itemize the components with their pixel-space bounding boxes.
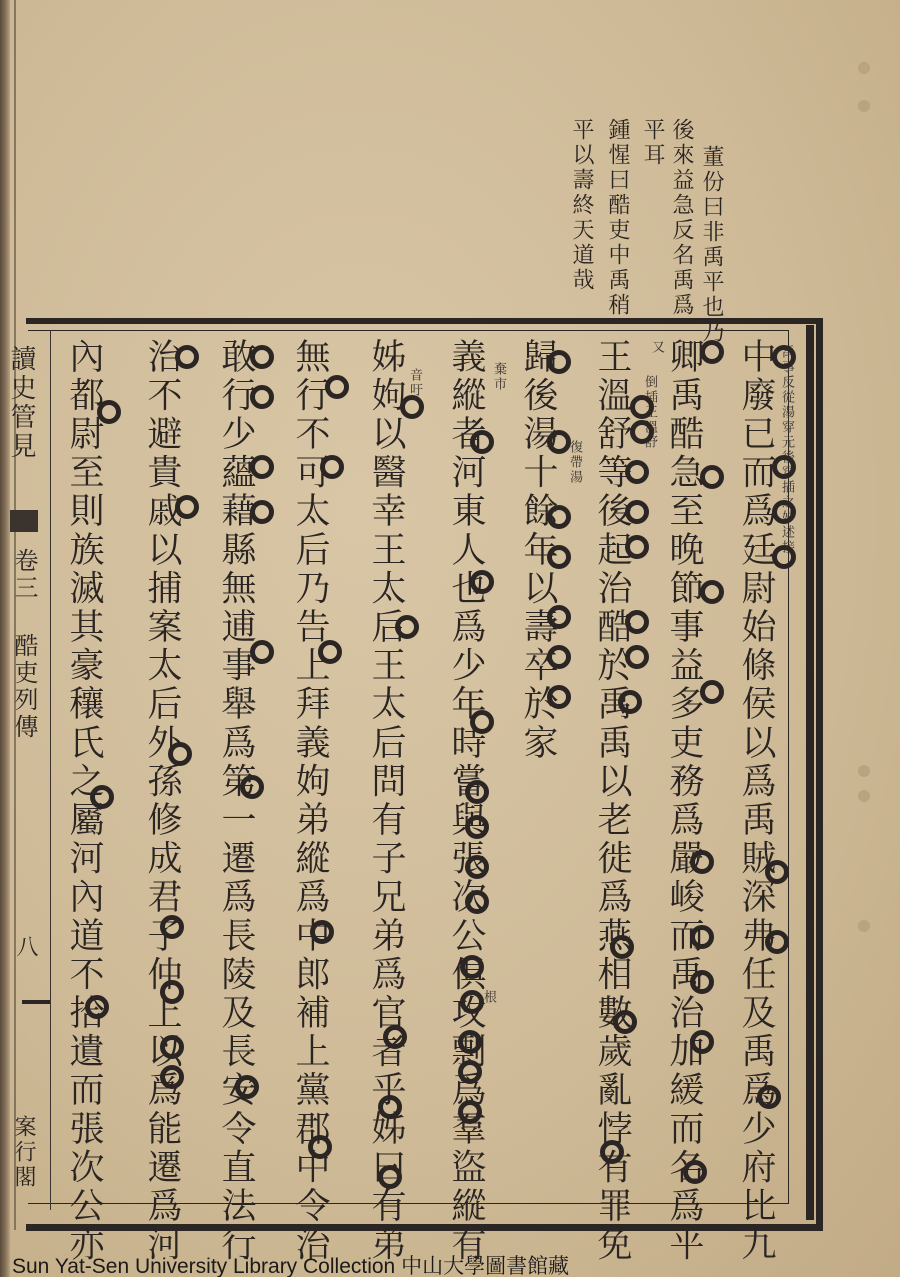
- text-column-9: 治不避貴戚以捕案太后外孫修成君子仲上以爲能遷爲河: [144, 338, 179, 1264]
- circle-mark: [765, 930, 789, 954]
- circle-mark: [772, 500, 796, 524]
- text-column-3: 王溫舒等後起治酷於禹禹以老徙爲燕相數歲亂悖有罪免: [594, 338, 629, 1264]
- circle-mark: [630, 395, 654, 419]
- circle-mark: [175, 495, 199, 519]
- circle-mark: [547, 685, 571, 709]
- circle-mark: [235, 1075, 259, 1099]
- circle-mark: [625, 645, 649, 669]
- circle-mark: [175, 345, 199, 369]
- circle-mark: [630, 420, 654, 444]
- circle-mark: [690, 850, 714, 874]
- circle-mark: [168, 742, 192, 766]
- margin-tick-mark: [22, 1000, 50, 1004]
- circle-mark: [250, 385, 274, 409]
- circle-mark: [772, 545, 796, 569]
- commentary-column: 董份曰非禹平也乃: [700, 145, 722, 345]
- circle-mark: [772, 345, 796, 369]
- frame-right-thick-line: [806, 325, 814, 1220]
- annotation: 音吁: [408, 368, 421, 398]
- circle-mark: [465, 815, 489, 839]
- circle-mark: [690, 1030, 714, 1054]
- circle-mark: [240, 775, 264, 799]
- circle-mark: [613, 1010, 637, 1034]
- circle-mark: [160, 1035, 184, 1059]
- circle-mark: [470, 430, 494, 454]
- book-title: 讀史管見: [8, 345, 34, 461]
- circle-mark: [250, 455, 274, 479]
- circle-mark: [547, 350, 571, 374]
- circle-mark: [458, 1100, 482, 1124]
- annotation: 又: [650, 340, 663, 355]
- circle-mark: [320, 455, 344, 479]
- circle-mark: [97, 400, 121, 424]
- center-margin: [10, 330, 51, 1210]
- circle-mark: [700, 680, 724, 704]
- circle-mark: [683, 1160, 707, 1184]
- circle-mark: [465, 890, 489, 914]
- circle-mark: [325, 375, 349, 399]
- binding-hole: [858, 920, 870, 932]
- circle-mark: [85, 995, 109, 1019]
- chapter-label: 卷三 酷吏列傳: [12, 548, 36, 741]
- circle-mark: [465, 855, 489, 879]
- circle-mark: [625, 535, 649, 559]
- circle-mark: [700, 340, 724, 364]
- circle-mark: [547, 545, 571, 569]
- circle-mark: [547, 645, 571, 669]
- circle-mark: [318, 640, 342, 664]
- circle-mark: [690, 925, 714, 949]
- circle-mark: [308, 1135, 332, 1159]
- circle-mark: [610, 935, 634, 959]
- text-column-8: 敢行少蘊藉縣無逋事舉爲第一遷爲長陵及長安令直法行: [218, 338, 253, 1264]
- circle-mark: [547, 430, 571, 454]
- circle-mark: [250, 640, 274, 664]
- text-column-1: 中廢已而爲廷尉始條侯以爲禹賊深弗任及禹爲少府比九: [738, 338, 773, 1264]
- margin-bottom-label: 案行閣: [12, 1115, 34, 1190]
- circle-mark: [160, 980, 184, 1004]
- circle-mark: [458, 1060, 482, 1084]
- circle-mark: [700, 580, 724, 604]
- circle-mark: [90, 785, 114, 809]
- commentary-column: 後來益急反名禹爲: [670, 118, 692, 318]
- circle-mark: [395, 615, 419, 639]
- circle-mark: [310, 920, 334, 944]
- circle-mark: [458, 1030, 482, 1054]
- circle-mark: [772, 455, 796, 479]
- circle-mark: [470, 710, 494, 734]
- commentary-column: 鍾惺曰酷吏中禹稍: [606, 118, 628, 318]
- circle-mark: [625, 610, 649, 634]
- text-column-6: 姊姁以醫幸王太后王太后問有子兄弟爲官者乎姊曰有弟: [368, 338, 403, 1264]
- binding-hole: [858, 100, 870, 112]
- circle-mark: [400, 395, 424, 419]
- commentary-column: 平以壽終天道哉: [570, 118, 592, 293]
- circle-mark: [547, 505, 571, 529]
- circle-mark: [600, 1140, 624, 1164]
- circle-mark: [700, 465, 724, 489]
- circle-mark: [460, 990, 484, 1014]
- text-column-2: 卿禹酷急至晚節事益多吏務爲嚴峻而禹治加緩而名爲平: [666, 338, 701, 1264]
- commentary-column: 平耳: [641, 118, 663, 168]
- circle-mark: [160, 915, 184, 939]
- circle-mark: [547, 605, 571, 629]
- annotation: 棄市: [492, 362, 505, 392]
- circle-mark: [765, 860, 789, 884]
- circle-mark: [250, 345, 274, 369]
- circle-mark: [625, 500, 649, 524]
- circle-mark: [465, 780, 489, 804]
- circle-mark: [757, 1085, 781, 1109]
- circle-mark: [378, 1095, 402, 1119]
- collection-watermark: Sun Yat-Sen University Library Collectio…: [12, 1250, 569, 1277]
- text-column-7: 無行不可太后乃告上拜義姁弟縱爲中郎補上黨郡中令治: [292, 338, 327, 1264]
- circle-mark: [160, 1065, 184, 1089]
- binding-hole: [858, 765, 870, 777]
- page-number: 八: [14, 935, 36, 957]
- binding-hole: [858, 62, 870, 74]
- circle-mark: [618, 690, 642, 714]
- circle-mark: [250, 500, 274, 524]
- circle-mark: [378, 1165, 402, 1189]
- circle-mark: [625, 460, 649, 484]
- circle-mark: [690, 970, 714, 994]
- collection-en: Sun Yat-Sen University Library Collectio…: [12, 1255, 395, 1277]
- fish-tail-mark: [10, 510, 38, 532]
- collection-zh: 中山大學圖書館藏: [401, 1254, 569, 1277]
- circle-mark: [470, 570, 494, 594]
- circle-mark: [383, 1025, 407, 1049]
- binding-hole: [858, 790, 870, 802]
- book-spine: [0, 0, 10, 1277]
- circle-mark: [460, 955, 484, 979]
